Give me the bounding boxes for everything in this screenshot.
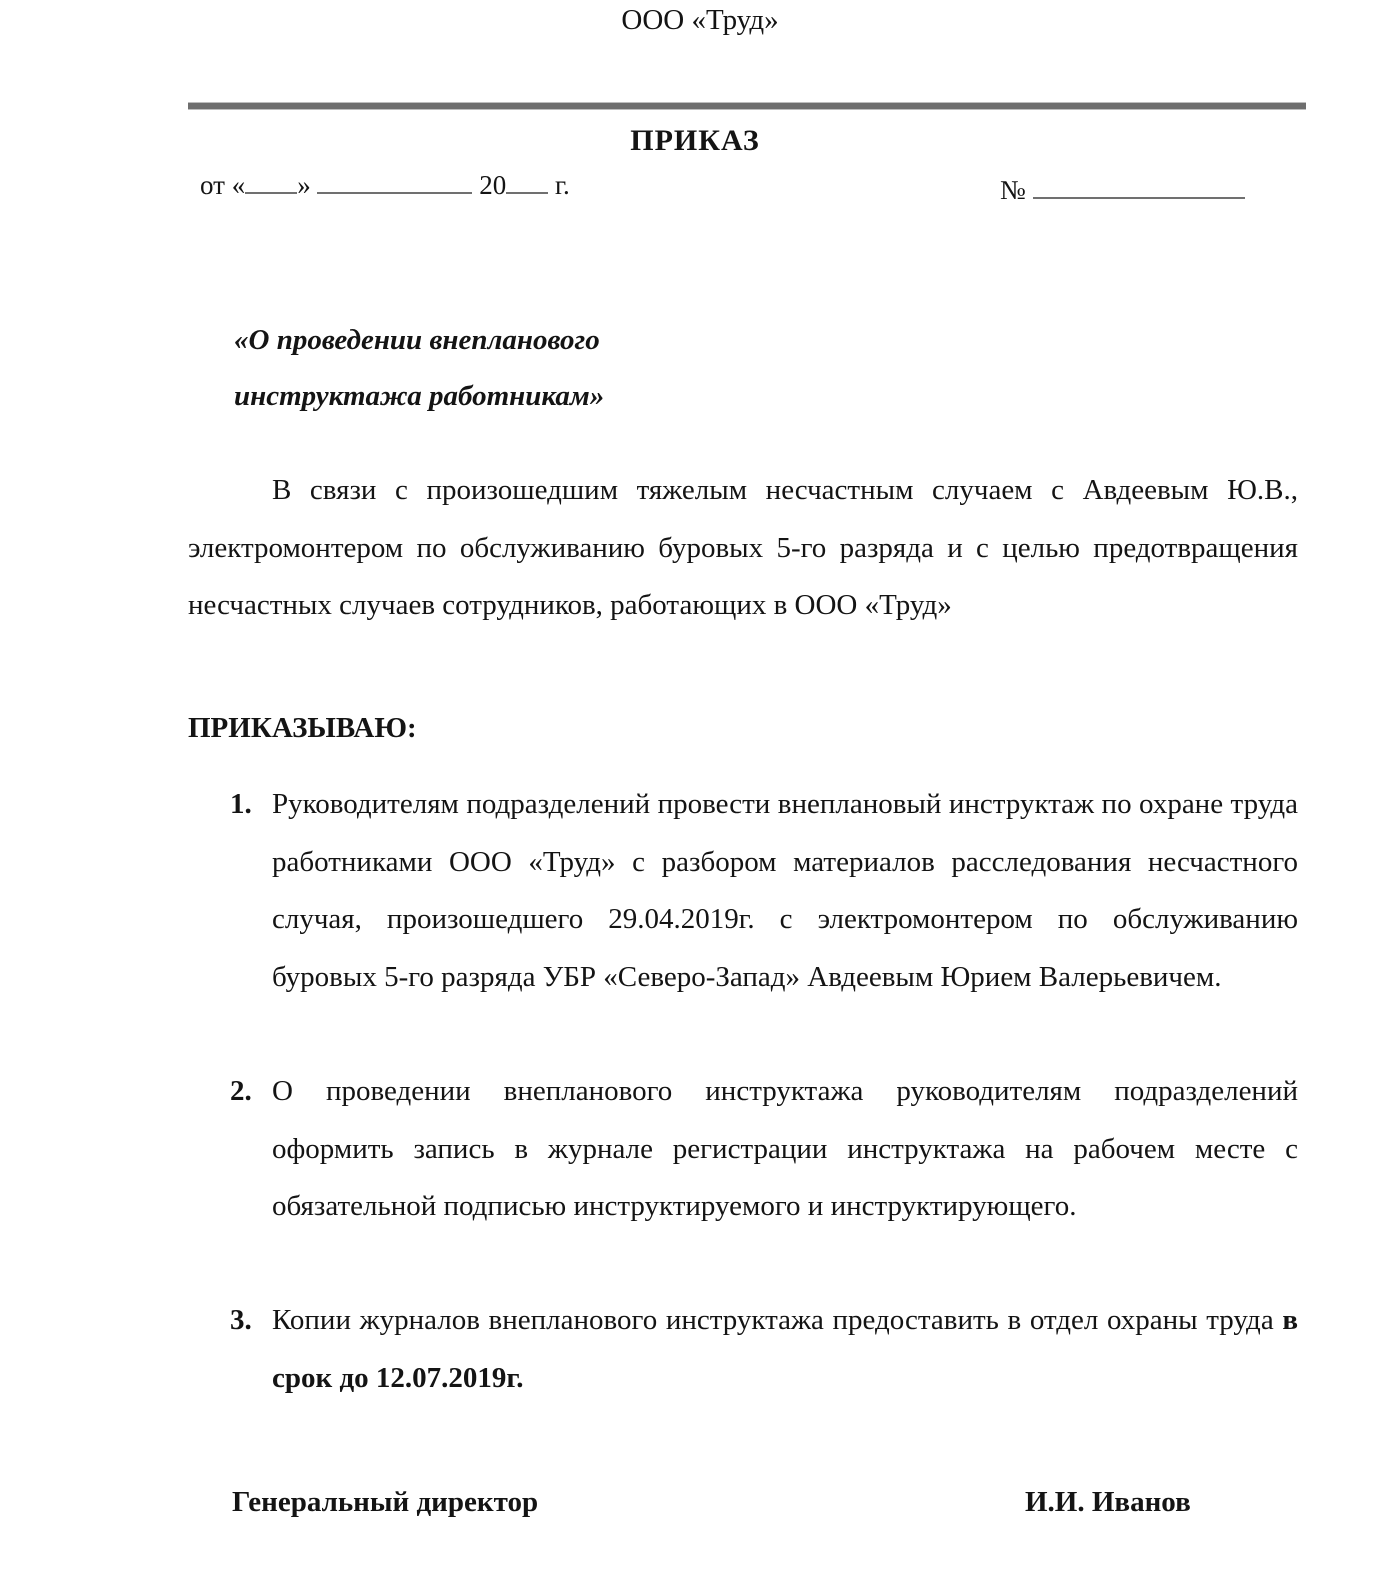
date-year-suffix: г. xyxy=(555,170,570,200)
subject-line-1: «О проведении внепланового xyxy=(234,312,604,368)
date-century: 20 xyxy=(479,170,506,200)
item-number: 2. xyxy=(230,1063,252,1121)
item-number: 1. xyxy=(230,776,252,834)
signatory-name: И.И. Иванов xyxy=(1025,1486,1191,1519)
organization-name: ООО «Труд» xyxy=(0,4,1400,37)
order-subject: «О проведении внепланового инструктажа р… xyxy=(234,312,604,424)
day-blank-field xyxy=(245,170,297,194)
date-close-quote: » xyxy=(297,170,311,200)
order-item-1: 1. Руководителям подразделений провести … xyxy=(230,776,1298,1006)
date-open-quote: « xyxy=(232,170,246,200)
subject-line-2: инструктажа работникам» xyxy=(234,368,604,424)
signatory-position: Генеральный директор xyxy=(232,1486,538,1519)
order-heading: ПРИКАЗЫВАЮ: xyxy=(188,712,417,745)
header-divider xyxy=(188,102,1306,110)
date-line: от «» 20 г. xyxy=(200,170,570,201)
number-line: № xyxy=(1000,175,1245,206)
item-text: Руководителям подразделений провести вне… xyxy=(272,776,1298,1006)
item-text: О проведении внепланового инструктажа ру… xyxy=(272,1063,1298,1236)
date-prefix: от xyxy=(200,170,225,200)
order-item-3: 3. Копии журналов внепланового инструкта… xyxy=(230,1292,1298,1407)
year-blank-field xyxy=(506,170,548,194)
number-blank-field xyxy=(1033,175,1245,199)
item-text-regular: Копии журналов внепланового инструктажа … xyxy=(272,1304,1282,1336)
number-label: № xyxy=(1000,175,1026,205)
order-item-2: 2. О проведении внепланового инструктажа… xyxy=(230,1063,1298,1236)
month-blank-field xyxy=(317,170,472,194)
item-text: Копии журналов внепланового инструктажа … xyxy=(272,1292,1298,1407)
intro-paragraph: В связи с произошедшим тяжелым несчастны… xyxy=(188,462,1298,635)
document-title: ПРИКАЗ xyxy=(0,124,1390,158)
item-number: 3. xyxy=(230,1292,252,1350)
